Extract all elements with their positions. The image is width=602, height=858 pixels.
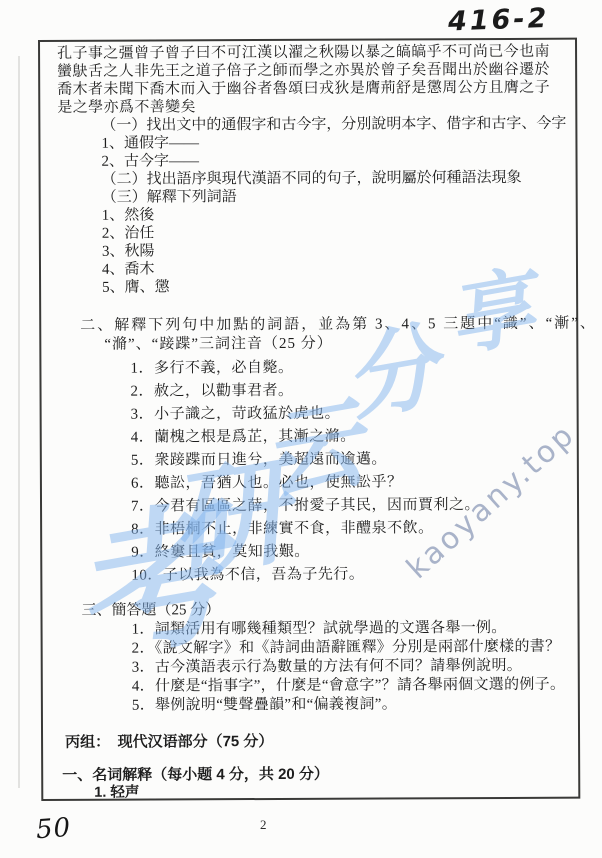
passage-line: 喬木者未聞下喬木而入于幽谷者魯頌曰戎狄是膺荊舒是懲周公方且膺之子: [57, 79, 569, 99]
section2-title-line2: “滫”、“踥蹀”三詞注音（25 分）: [104, 334, 570, 355]
section3-item: 1．詞類活用有哪幾種類型？試就學過的文選各舉一例。: [132, 619, 572, 640]
section2-item: 5．衆踥蹀而日進兮，美超遠而逾邁。: [131, 450, 571, 470]
passage-line: 是之學亦爲不善變矣: [57, 97, 569, 117]
scan-artifact-line: [18, 56, 20, 788]
group-c-question1-item: 1. 轻声: [94, 784, 572, 801]
question-sub1-item: 2、古今字——: [101, 151, 569, 171]
section2-item: 9．終窶且貧，莫知我艱。: [131, 542, 571, 562]
handwritten-paper-code: 416-2: [448, 2, 589, 38]
word-list-item: 1、然後: [102, 205, 570, 225]
handwritten-score: 50: [35, 813, 72, 845]
section2-item: 1．多行不義，必自斃。: [130, 358, 570, 378]
section3-title: 三、簡答題（25 分）: [81, 600, 571, 621]
section2-item: 3．小子識之，苛政猛於虎也。: [131, 404, 571, 424]
passage-line: 孔子事之彊曾子曾子曰不可江漢以濯之秋陽以暴之皜皜乎不可尚已今也南: [57, 43, 569, 63]
word-list-item: 3、秋陽: [102, 241, 570, 261]
section2-title-line1: 二、解釋下列句中加點的詞語，並為第 3、4、5 三題中“識”、“漸”、: [80, 315, 570, 336]
group-c-question1-title: 一、名词解释（每小题 4 分，共 20 分）: [62, 765, 572, 785]
question-sub1-title: （一）找出文中的通假字和古今字，分別說明本字、借字和古字、今字: [101, 115, 569, 135]
section3-item: 4．什麼是“指事字”，什麼是“會意字”？請各舉兩個文選的例子。: [132, 676, 572, 697]
section2-item: 7．今君有區區之薛，不拊愛子其民，因而賈利之。: [131, 496, 571, 516]
section2-item: 2．赦之，以勸事君者。: [130, 381, 570, 401]
word-list-item: 2、治任: [102, 223, 570, 243]
word-list-item: 4、喬木: [102, 259, 570, 279]
section2-item: 8．非梧桐不止，非練實不食，非醴泉不飲。: [131, 519, 571, 539]
question-sub2-title: （二）找出語序與現代漢語不同的句子，說明屬於何種語法現象: [102, 169, 570, 189]
passage-line: 蠻鴃舌之人非先王之道子倍子之師而學之亦異於曾子矣吾聞出於幽谷遷於: [57, 61, 569, 81]
question-sub3-title: （三）解釋下列詞語: [102, 187, 570, 207]
page-number: 2: [260, 817, 267, 833]
exam-content-frame: 孔子事之彊曾子曾子曰不可江漢以濯之秋陽以暴之皜皜乎不可尚已今也南 蠻鴃舌之人非先…: [38, 38, 580, 801]
question-sub1-item: 1、通假字——: [101, 133, 569, 153]
section3-item: 5．舉例說明“雙聲疊韻”和“偏義複詞”。: [132, 695, 572, 716]
section3-item: 2．《說文解字》和《詩詞曲語辭匯釋》分別是兩部什麼樣的書？: [132, 638, 572, 659]
section2-item: 6．聽訟，吾猶人也。必也，使無訟乎？: [131, 473, 571, 493]
section2-item: 10．子以我為不信，吾為子先行。: [131, 565, 571, 585]
word-list-item: 5、膺、懲: [102, 277, 570, 297]
scanned-exam-page: 416-2 孔子事之彊曾子曾子曰不可江漢以濯之秋陽以暴之皜皜乎不可尚已今也南 蠻…: [0, 0, 602, 858]
section2-item: 4．蘭槐之根是爲芷，其漸之滫。: [131, 427, 571, 447]
group-c-title: 丙组： 现代汉语部分（75 分）: [65, 732, 572, 752]
section3-item: 3．古今漢語表示行為數量的方法有何不同？請舉例說明。: [132, 657, 572, 678]
